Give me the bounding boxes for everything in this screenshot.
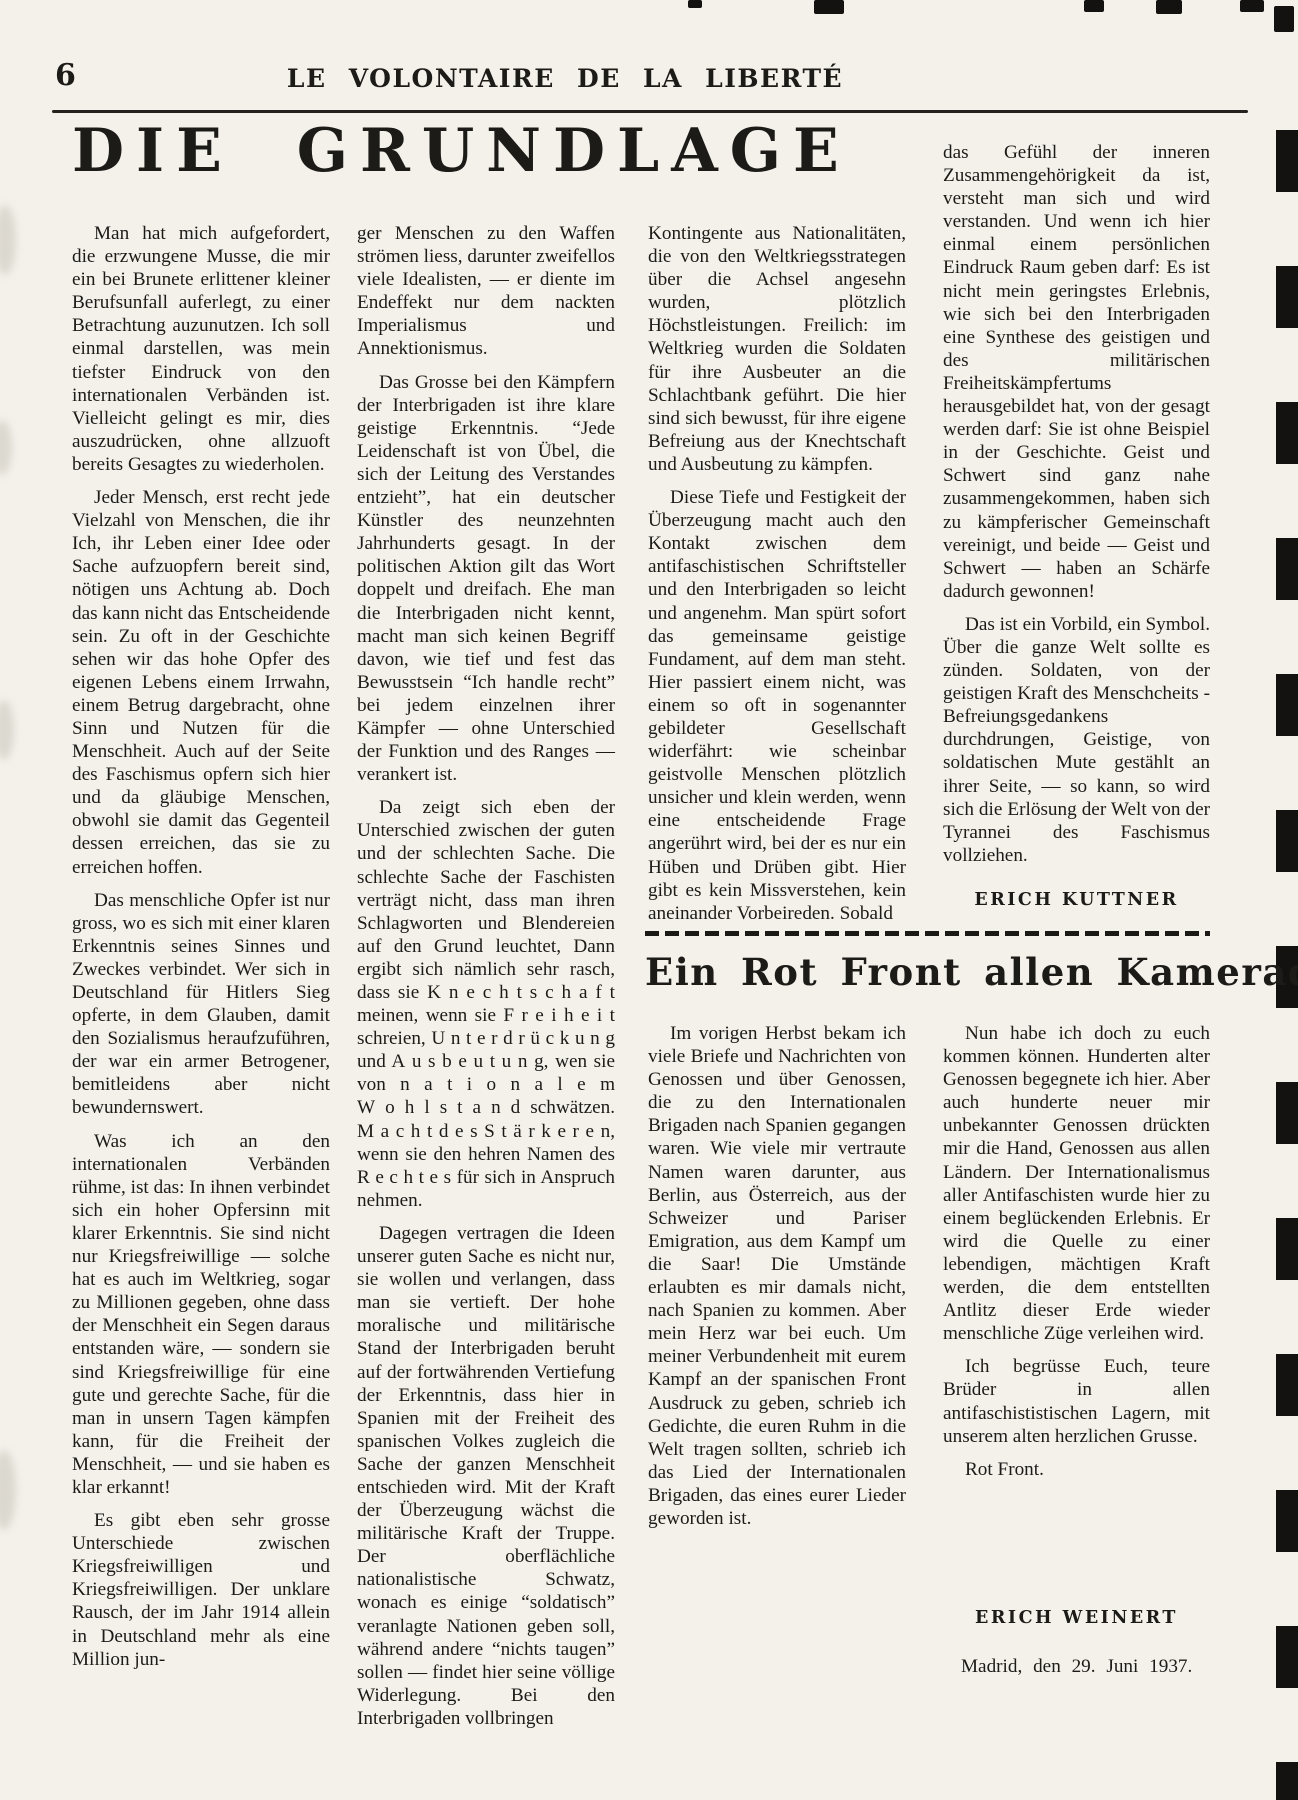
paragraph: das Gefühl der inneren Zusammengehörigke… <box>943 141 1210 603</box>
article2-dateline: Madrid, den 29. Juni 1937. <box>943 1656 1210 1678</box>
scan-artifact <box>0 420 12 475</box>
scan-artifact <box>0 205 16 275</box>
article2-author-signature: ERICH WEINERT <box>943 1608 1210 1628</box>
paragraph: Das Grosse bei den Kämpfern der Interbri… <box>357 371 615 787</box>
article1-column-2: ger Menschen zu den Waffen strömen liess… <box>357 222 615 1740</box>
paragraph: Dagegen vertragen die Ideen unserer gute… <box>357 1222 615 1730</box>
paragraph: Ich begrüsse Euch, teure Brüder in allen… <box>943 1355 1210 1447</box>
scan-artifact <box>1240 0 1264 12</box>
article1-column-1: Man hat mich aufgefordert, die erzwungen… <box>72 222 330 1681</box>
masthead: LE VOLONTAIRE DE LA LIBERTÉ <box>90 64 1040 93</box>
paragraph: Das menschliche Opfer ist nur gross, wo … <box>72 889 330 1120</box>
newspaper-page: 6 LE VOLONTAIRE DE LA LIBERTÉ DIE GRUNDL… <box>0 0 1298 1800</box>
article2-column-2: Nun habe ich doch zu euch kommen können.… <box>943 1022 1210 1491</box>
paragraph: Kontingente aus Nationalitäten, die von … <box>648 222 906 476</box>
paragraph: ger Menschen zu den Waffen strömen liess… <box>357 222 615 361</box>
paragraph: Man hat mich aufgefordert, die erzwungen… <box>72 222 330 476</box>
scan-artifact <box>1274 6 1294 32</box>
article2-column-1: Im vorigen Herbst bekam ich viele Briefe… <box>648 1022 906 1540</box>
article1-title: DIE GRUNDLAGE <box>72 116 812 186</box>
article1-author-signature: ERICH KUTTNER <box>943 890 1210 910</box>
article1-column-4: das Gefühl der inneren Zusammengehörigke… <box>943 141 1210 877</box>
scan-artifact <box>0 700 14 760</box>
article2-title: Ein Rot Front allen Kameraden <box>645 948 1210 996</box>
paragraph: Jeder Mensch, erst recht jede Vielzahl v… <box>72 486 330 879</box>
paragraph: Diese Tiefe und Festigkeit der Überzeugu… <box>648 486 906 925</box>
page-number: 6 <box>55 58 76 93</box>
paragraph: Da zeigt sich eben der Unterschied zwisc… <box>357 796 615 1212</box>
header-rule <box>52 110 1248 113</box>
paragraph: Das ist ein Vorbild, ein Symbol. Über di… <box>943 613 1210 867</box>
scan-artifact <box>688 0 702 8</box>
paragraph: Was ich an den internationalen Verbänden… <box>72 1130 330 1500</box>
paragraph: Es gibt eben sehr grosse Unterschiede zw… <box>72 1509 330 1671</box>
paragraph: Rot Front. <box>943 1458 1210 1481</box>
paragraph: Nun habe ich doch zu euch kommen können.… <box>943 1022 1210 1345</box>
scan-artifact <box>0 1450 16 1530</box>
section-divider <box>645 931 1210 936</box>
scan-artifact <box>1084 0 1104 12</box>
scan-artifact <box>814 0 844 14</box>
scan-artifact <box>1156 0 1182 14</box>
article1-column-3: Kontingente aus Nationalitäten, die von … <box>648 222 906 935</box>
paragraph: Im vorigen Herbst bekam ich viele Briefe… <box>648 1022 906 1530</box>
